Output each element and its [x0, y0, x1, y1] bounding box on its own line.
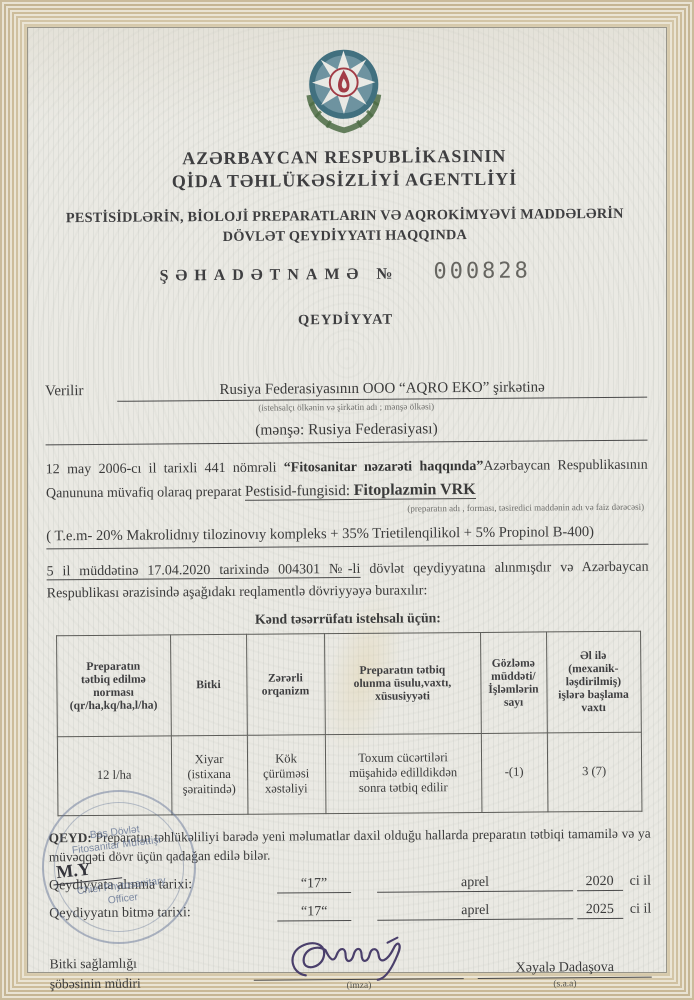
- composition-line: ( T.e.m- 20% Makrolidnıy tilozinovıy kom…: [46, 524, 648, 550]
- law-title: “Fitosanitar nəzarəti haqqında”: [284, 459, 484, 476]
- saa-caption: (s.a.a): [478, 978, 652, 989]
- registration-date-year: 2020: [577, 873, 623, 890]
- expiry-date-year-wrap: 2025 ci il: [577, 901, 652, 919]
- signer-block: Xəyalə Dadaşova (s.a.a): [478, 959, 652, 989]
- cell-organism: Kök çürüməsi xəstəliyi: [247, 734, 326, 814]
- table-header-row: Preparatın tətbiq edilmə norması (qr/ha,…: [56, 631, 641, 737]
- col-header-waiting: Gözləmə müddəti/ İşləmlərin sayı: [480, 632, 547, 734]
- registration-date-day: “17”: [277, 876, 351, 894]
- registration-heading: QEYDİYYAT: [45, 309, 647, 331]
- signature-area: (imza): [239, 934, 478, 992]
- registration-date-year-wrap: 2020 ci il: [577, 873, 652, 891]
- cell-waiting: -(1): [481, 733, 548, 813]
- agency-name: AZƏRBAYCAN RESPUBLİKASININ QİDA TƏHLÜKƏS…: [43, 144, 645, 196]
- signature-block: Bitki sağlamlığı şöbəsinin müdiri (imza)…: [49, 932, 651, 993]
- azerbaijan-state-emblem-icon: [295, 42, 392, 139]
- official-title: Bitki sağlamlığı şöbəsinin müdiri: [50, 953, 240, 993]
- stamp-handwritten-initials: M.Y: [51, 855, 122, 885]
- col-header-manual-work: Əl ilə (mexanik- ləşdirilmiş) işlərə baş…: [546, 631, 641, 733]
- cell-application: Toxum cücərtiləri müşahidə edilldikdən s…: [325, 733, 482, 813]
- preparation-type: Pestisid-fungisid:: [245, 482, 354, 499]
- registration-underlined: 5 il müddətinə 17.04.2020 tarixində 0043…: [46, 562, 360, 580]
- stamp-line1: Baş Dövlət: [89, 825, 140, 844]
- issued-to-label: Verilir: [45, 383, 117, 401]
- col-header-dose: Preparatın tətbiq edilmə norması (qr/ha,…: [56, 635, 171, 737]
- recipient-name: Rusiya Federasiyasının OOO “AQRO EKO” şi…: [117, 378, 647, 401]
- expiry-date-suffix: ci il: [630, 901, 652, 917]
- registration-paragraph: 5 il müddətinə 17.04.2020 tarixində 0043…: [46, 557, 648, 605]
- regulation-table: Preparatın tətbiq edilmə norması (qr/ha,…: [56, 630, 642, 816]
- certificate-paper: AZƏRBAYCAN RESPUBLİKASININ QİDA TƏHLÜKƏS…: [27, 27, 667, 973]
- registration-date-month: aprel: [377, 874, 573, 893]
- agency-name-line2: QİDA TƏHLÜKƏSİZLİYİ AGENTLİYİ: [43, 167, 645, 195]
- stamp-line4: Officer: [107, 892, 138, 908]
- certificate-number-line: ŞƏHADƏTNAMƏ № 000828: [44, 257, 646, 287]
- table-section-heading: Kənd təsərrüfatı istehsalı üçün:: [47, 608, 649, 629]
- preparation-name: Fitoplazmin VRK: [354, 480, 476, 498]
- expiry-date-day: “17“: [277, 904, 351, 922]
- issued-to-row: Verilir Rusiya Federasiyasının OOO “AQRO…: [45, 378, 647, 402]
- cell-manual-work: 3 (7): [547, 732, 642, 812]
- certificate-number: 000828: [433, 258, 531, 284]
- cell-plant: Xiyar (istixana şəraitində): [171, 735, 248, 815]
- certificate-subject: PESTİSİDLƏRİN, BİOLOJİ PREPARATLARIN VƏ …: [44, 203, 646, 248]
- law-paragraph-part1: 12 may 2006-cı il tarixli 441 nömrəli: [46, 460, 284, 477]
- col-header-plant: Bitki: [170, 634, 247, 736]
- imza-caption: (imza): [240, 980, 478, 992]
- col-header-organism: Zərərli orqanizm: [246, 633, 325, 735]
- expiry-date-year: 2025: [577, 901, 623, 918]
- expiry-date-month: aprel: [377, 902, 573, 921]
- certificate-label: ŞƏHADƏTNAMƏ №: [159, 265, 399, 285]
- signer-name: Xəyalə Dadaşova: [478, 959, 652, 978]
- origin-country: (mənşə: Rusiya Federasiyası): [45, 418, 647, 445]
- preparation-designation: Pestisid-fungisid: Fitoplazmin VRK: [245, 481, 476, 500]
- registration-date-suffix: ci il: [630, 873, 652, 889]
- col-header-application: Preparatın tətbiq olunma üsulu,vaxtı, xü…: [324, 632, 481, 734]
- recipient-caption: (istehsalçı ölkənin və şirkətin adı ; mə…: [45, 399, 647, 414]
- law-paragraph: 12 may 2006-cı il tarixli 441 nömrəli “F…: [46, 454, 648, 505]
